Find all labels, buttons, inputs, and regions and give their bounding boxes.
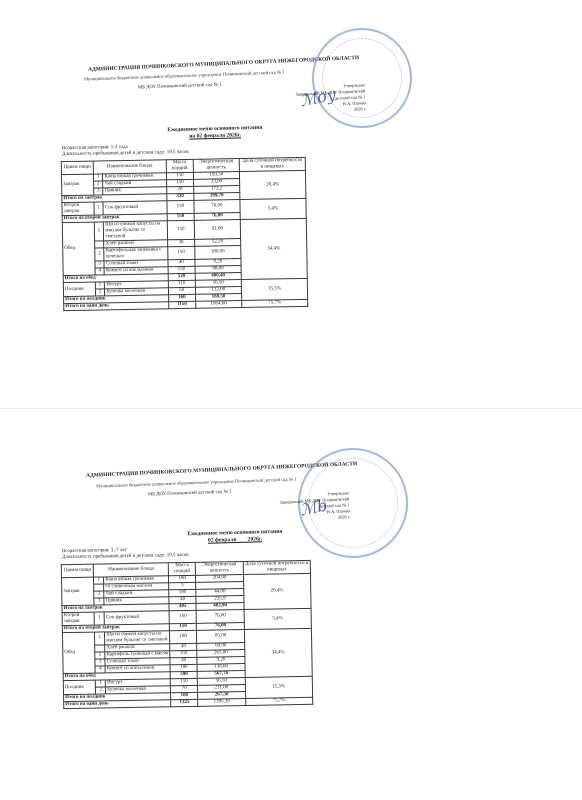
meta-block: Возрастная категория: 3 -7 лет Длительно… [62,547,189,561]
meal-share: 20,4% [240,170,306,199]
institution-short-name: МБ ДОУ Починковский детский сад № 1 [148,491,232,499]
meal-share: 34,4% [240,218,307,279]
table-row: Обед1Щи из свежей капусты на мясном буль… [62,218,306,241]
dish-number: 2 [94,248,104,261]
menu-sheet-2: АДМИНИСТРАЦИЯ ПОЧИНКОВСКОГО МУНИЦИПАЛЬНО… [0,420,582,800]
meal-label: Завтрак [61,577,94,606]
dish-mass: 150 [167,220,194,239]
meta-block: Возрастная категория: 1-3 года Длительно… [62,144,189,158]
dish-mass: 150 [169,610,197,623]
meal-share: 15,5% [241,278,307,300]
dish-mass: 150 [167,200,194,213]
meal-label: Полдник [63,282,95,297]
day-total-label: Итого на один день [64,302,169,311]
meal-share: 20,4% [243,573,311,609]
dish-name: Сок фруктовый [103,201,167,215]
dish-number: 1 [94,612,104,625]
column-header-energy: Энергетическая ценность [193,159,240,173]
dish-name: Сок фруктовый [104,611,169,625]
meal-label: Второй завтрак [62,612,95,626]
dish-number: 1 [95,632,105,645]
menu-table: Прием пищиНаименование блюдаМасса порций… [61,560,313,709]
menu-sheet-1: АДМИНИСТРАЦИЯ ПОЧИНКОВСКОГО МУНИЦИПАЛЬНО… [0,0,582,400]
institution-name: Муниципальное бюджетное дошкольное образ… [96,477,297,489]
meal-share: 5,4% [244,608,312,629]
dish-name: Картофельная запеканка с печенью [104,247,168,261]
day-total-mass: 1325 [171,699,198,706]
day-total-mass: 1150 [169,301,196,308]
stay-duration: Длительность пребывания детей в детском … [62,150,189,158]
column-header-mass: Масса порций [166,159,193,172]
column-header-meal: Прием пищи [61,161,93,175]
institution-short-name: МБ ДОУ Починковский детский сад № 1 [138,84,222,92]
meal-share: 34,4% [244,628,312,677]
meal-share: 5,4% [240,198,306,219]
menu-table: Прием пищиНаименование блюдаМасса порций… [61,157,309,311]
approval-block: Утверждаю Заведующий МБ ДОУ Починковский… [279,490,350,524]
column-header-share: Доля суточной потребности в пищевых [239,157,305,171]
meal-label: Обед [62,632,95,674]
dish-number: 1 [94,222,104,241]
dish-energy: 76,00 [197,610,245,624]
dish-energy: 76,00 [194,200,241,214]
day-total-share: 75,7% [245,697,312,705]
approval-block: Утверждаю Заведующий МБ ДОУ Починковский… [295,82,366,116]
institution-name: Муниципальное бюджетное дошкольное образ… [84,70,285,82]
meal-label: Второй завтрак [62,202,94,216]
meal-label: Обед [62,222,95,276]
dish-energy: 180,00 [194,246,241,260]
column-header-dish: Наименование блюда [93,160,166,174]
dish-energy: 85,00 [197,630,245,644]
dish-mass: 180 [169,630,197,643]
column-header-meal: Прием пищи [61,564,94,578]
dish-energy: 61,00 [194,220,241,240]
column-header-energy: Энергетическая ценность [196,562,244,576]
dish-name: Щи из свежей капусты на мясном бульоне с… [105,631,170,645]
menu-title: Ежедневное меню основного питания 02 фев… [150,528,320,546]
stay-duration: Длительность пребывания детей в детском … [62,553,189,561]
column-header-mass: Масса порций [168,562,196,575]
dish-mass: 150 [168,246,195,259]
meal-label: Завтрак [61,174,93,196]
dish-number: 1 [94,202,104,215]
dish-name: Щи из свежей капусты на мясном бульоне с… [104,221,168,241]
meal-label: Полдник [63,680,96,695]
day-total-share: 75,7% [242,299,308,307]
column-header-share: Доля суточной потребности в пищевых [243,560,310,574]
meal-share: 15,5% [245,676,313,698]
page-divider [0,408,582,409]
column-header-dish: Наименование блюда [94,563,169,577]
day-total-energy: 1395,10 [198,698,245,706]
day-total-energy: 1064,60 [195,301,241,309]
day-total-label: Итого на один день [64,700,171,709]
menu-title: Ежедневное меню основного питания на 02 … [130,124,300,142]
